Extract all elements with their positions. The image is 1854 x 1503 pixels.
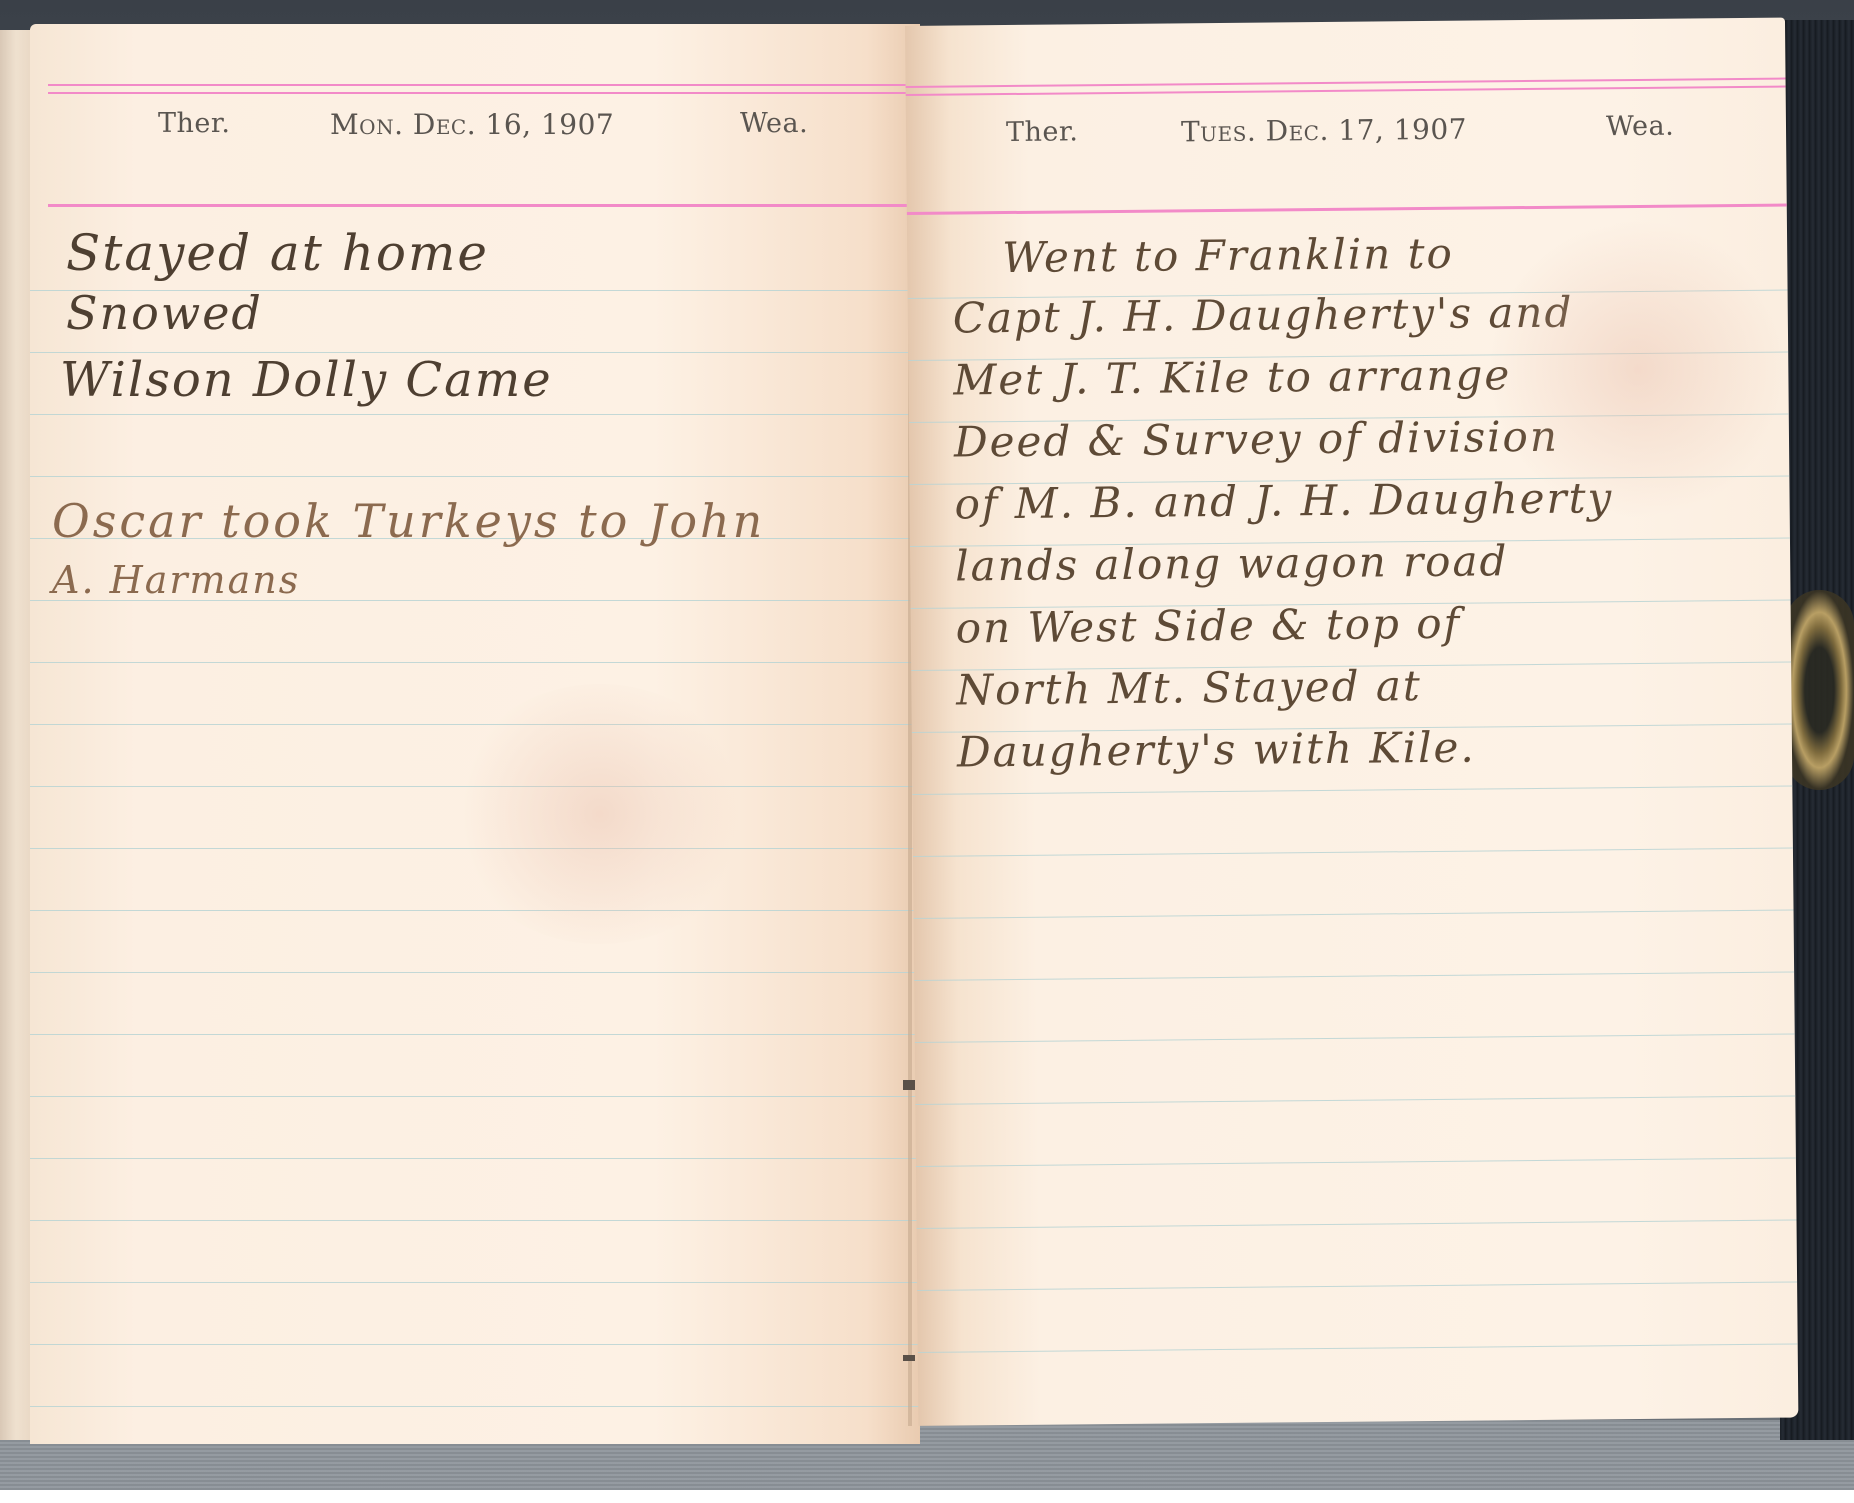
header-rule-top bbox=[48, 84, 920, 86]
ruled-line bbox=[917, 1281, 1797, 1290]
binding-staple bbox=[903, 1080, 915, 1090]
paper-stain bbox=[1487, 218, 1790, 521]
ruled-line bbox=[30, 972, 920, 973]
entry-line: Oscar took Turkeys to John bbox=[52, 494, 765, 548]
diary-page-left: Ther. Mon. Dec. 16, 1907 Wea. Stayed at … bbox=[30, 24, 920, 1444]
entry-line: A. Harmans bbox=[52, 558, 300, 602]
thermometer-label: Ther. bbox=[1006, 116, 1079, 148]
ruled-line bbox=[917, 1219, 1797, 1228]
binding-staple bbox=[903, 1355, 915, 1361]
paper-stain bbox=[450, 684, 750, 944]
ruled-line bbox=[915, 1096, 1795, 1105]
entry-line: Met J. T. Kile to arrange bbox=[953, 350, 1511, 404]
entry-line: on West Side & top of bbox=[956, 599, 1462, 653]
entry-line: Wilson Dolly Came bbox=[60, 352, 553, 408]
entry-line: North Mt. Stayed at bbox=[956, 661, 1422, 714]
ruled-line bbox=[30, 1220, 920, 1221]
entry-line: Daugherty's with Kile. bbox=[957, 723, 1476, 777]
entry-line: Stayed at home bbox=[66, 224, 489, 282]
ruled-line bbox=[913, 848, 1793, 857]
ruled-line bbox=[915, 1034, 1795, 1043]
thermometer-label: Ther. bbox=[158, 108, 230, 139]
header-rule-top-double bbox=[906, 86, 1786, 96]
diary-page-right: Ther. Tues. Dec. 17, 1907 Wea. Went to F… bbox=[905, 18, 1798, 1426]
ruled-line bbox=[914, 972, 1794, 981]
ruled-line bbox=[30, 1096, 920, 1097]
ruled-line bbox=[914, 910, 1794, 919]
header-rule-bottom bbox=[907, 204, 1787, 215]
header-rule-bottom bbox=[48, 204, 920, 207]
page-header: Ther. Mon. Dec. 16, 1907 Wea. bbox=[30, 108, 920, 158]
ruled-line bbox=[916, 1158, 1796, 1167]
entry-line: of M. B. and J. H. Daugherty bbox=[954, 473, 1613, 528]
ruled-line bbox=[30, 662, 920, 663]
ruled-line bbox=[30, 1034, 920, 1035]
weather-label: Wea. bbox=[740, 108, 808, 139]
ruled-line bbox=[30, 910, 920, 911]
ruled-line bbox=[30, 1158, 920, 1159]
entry-line: Deed & Survey of division bbox=[954, 412, 1559, 467]
entry-line: Snowed bbox=[66, 286, 263, 340]
ruled-line bbox=[30, 724, 920, 725]
ruled-line bbox=[30, 476, 920, 477]
ruled-line bbox=[918, 1343, 1798, 1352]
ruled-line bbox=[30, 1344, 920, 1345]
cover-emblem-icon bbox=[1785, 590, 1854, 790]
entry-line: lands along wagon road bbox=[955, 536, 1509, 590]
entry-line: Went to Franklin to bbox=[1002, 229, 1454, 282]
ruled-line bbox=[912, 786, 1792, 795]
page-date: Tues. Dec. 17, 1907 bbox=[1181, 113, 1467, 149]
weather-label: Wea. bbox=[1606, 111, 1675, 143]
page-date: Mon. Dec. 16, 1907 bbox=[330, 108, 614, 141]
ruled-line bbox=[30, 414, 920, 415]
page-header: Ther. Tues. Dec. 17, 1907 Wea. bbox=[906, 110, 1786, 168]
entry-line: Capt J. H. Daugherty's and bbox=[953, 288, 1574, 343]
ruled-line bbox=[30, 1406, 920, 1407]
header-rule-top-double bbox=[48, 92, 920, 94]
ruled-line bbox=[30, 1282, 920, 1283]
